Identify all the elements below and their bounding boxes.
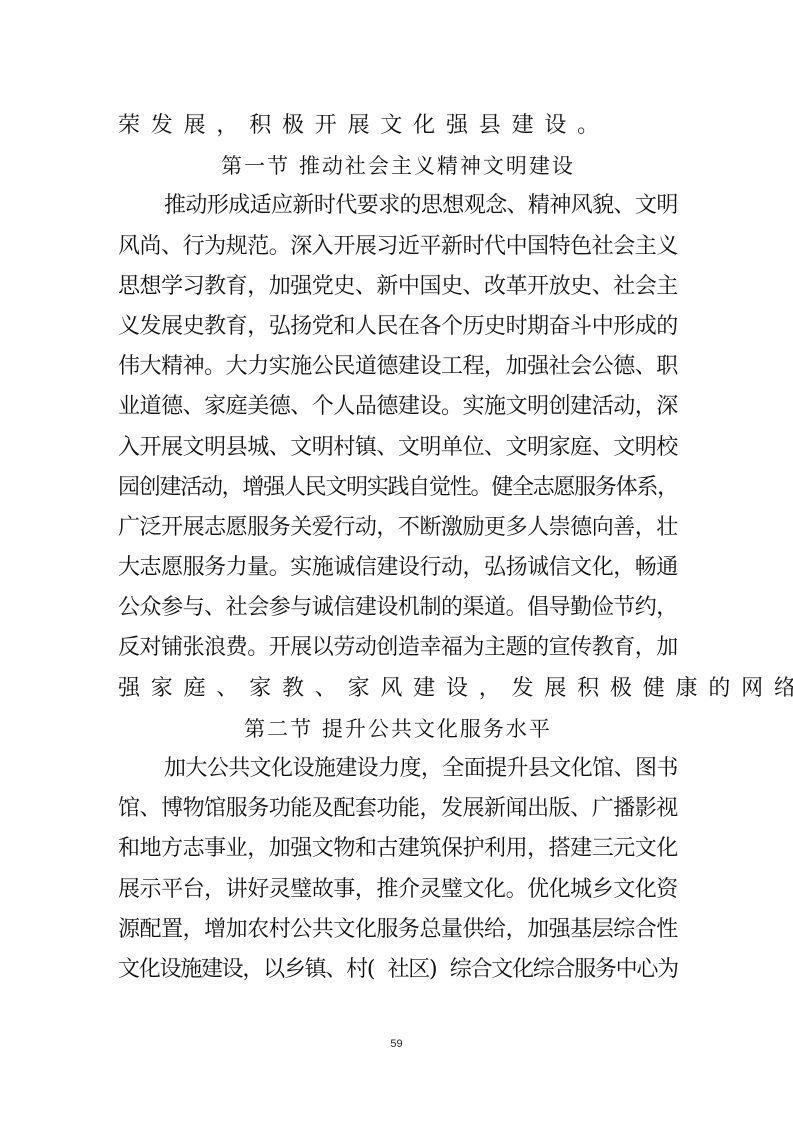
section-heading-2: 第二节 提升公共文化服务水平 (118, 709, 678, 749)
section-heading-1: 第一节 推动社会主义精神文明建设 (118, 146, 678, 186)
paragraph-line: 伟大精神。大力实施公民道德建设工程，加强社会公德、职 (118, 347, 678, 387)
paragraph-line: 反对铺张浪费。开展以劳动创造幸福为主题的宣传教育，加 (118, 628, 678, 668)
paragraph-line: 推动形成适应新时代要求的思想观念、精神风貌、文明 (118, 186, 678, 226)
document-body: 荣发展，积极开展文化强县建设。 第一节 推动社会主义精神文明建设 推动形成适应新… (118, 106, 678, 990)
paragraph-line: 风尚、行为规范。深入开展习近平新时代中国特色社会主义 (118, 227, 678, 267)
page-number: 59 (0, 1038, 793, 1050)
paragraph-line: 义发展史教育，弘扬党和人民在各个历史时期奋斗中形成的 (118, 307, 678, 347)
paragraph-line: 源配置，增加农村公共文化服务总量供给，加强基层综合性 (118, 910, 678, 950)
paragraph-line: 思想学习教育，加强党史、新中国史、改革开放史、社会主 (118, 267, 678, 307)
paragraph-line: 和地方志事业，加强文物和古建筑保护利用，搭建三元文化 (118, 829, 678, 869)
paragraph-line: 强家庭、家教、家风建设，发展积极健康的网络文化。 (118, 669, 678, 709)
paragraph-line: 加大公共文化设施建设力度，全面提升县文化馆、图书 (118, 749, 678, 789)
paragraph-line: 园创建活动，增强人民文明实践自觉性。健全志愿服务体系， (118, 468, 678, 508)
paragraph-line: 馆、博物馆服务功能及配套功能，发展新闻出版、广播影视 (118, 789, 678, 829)
paragraph-line: 公众参与、社会参与诚信建设机制的渠道。倡导勤俭节约， (118, 588, 678, 628)
paragraph-line: 入开展文明县城、文明村镇、文明单位、文明家庭、文明校 (118, 428, 678, 468)
paragraph-line: 业道德、家庭美德、个人品德建设。实施文明创建活动，深 (118, 387, 678, 427)
paragraph-line: 广泛开展志愿服务关爱行动，不断激励更多人崇德向善，壮 (118, 508, 678, 548)
paragraph-line: 荣发展，积极开展文化强县建设。 (118, 106, 678, 146)
paragraph-line: 展示平台，讲好灵璧故事，推介灵璧文化。优化城乡文化资 (118, 870, 678, 910)
paragraph-line: 文化设施建设，以乡镇、村(社区)综合文化综合服务中心为 (118, 950, 678, 990)
paragraph-line: 大志愿服务力量。实施诚信建设行动，弘扬诚信文化，畅通 (118, 548, 678, 588)
